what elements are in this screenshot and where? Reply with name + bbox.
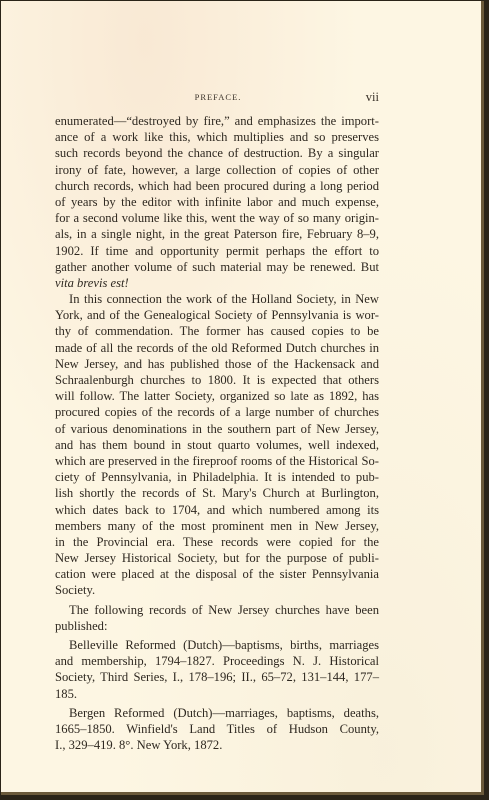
text-line: which are preserved in the fireproof roo…	[55, 453, 379, 469]
text-line: published:	[55, 618, 379, 634]
text-line: members many of the most prominent men i…	[55, 518, 379, 534]
running-head: PREFACE. vii	[57, 90, 379, 104]
text-line: and has them bound in stout quarto volum…	[55, 437, 379, 453]
text-line: ance of a work like this, which multipli…	[55, 129, 379, 145]
text-line: 185.	[55, 686, 379, 702]
text-line: and membership, 1794–1827. Proceedings N…	[55, 653, 379, 669]
text-line: York, and of the Genealogical Society of…	[55, 307, 379, 323]
text-line: such records beyond the chance of destru…	[55, 145, 379, 161]
text-line: 1902. If time and opportunity permit per…	[55, 243, 379, 259]
text-line: in the Provincial era. These records wer…	[55, 534, 379, 550]
text-line: Society, Third Series, I., 178–196; II.,…	[55, 669, 379, 685]
text-line: Schraalenburgh churches to 1800. It is e…	[55, 372, 379, 388]
body-text: enumerated—“destroyed by fire,” and emph…	[55, 113, 379, 753]
paragraph-holland-society: In this connection the work of the Holla…	[55, 291, 379, 599]
entry-belleville-reformed: Belleville Reformed (Dutch)—baptisms, bi…	[55, 637, 379, 702]
text-line: I., 329–419. 8°. New York, 1872.	[55, 737, 379, 753]
text-line: Belleville Reformed (Dutch)—baptisms, bi…	[55, 637, 379, 653]
text-line: enumerated—“destroyed by fire,” and emph…	[55, 113, 379, 129]
running-head-title: PREFACE.	[57, 92, 379, 102]
text-line: of various denominations in the southern…	[55, 421, 379, 437]
text-line: als, in a single night, in the great Pat…	[55, 226, 379, 242]
text-line: procured copies of the records of a larg…	[55, 404, 379, 420]
text-line: Bergen Reformed (Dutch)—marriages, bapti…	[55, 705, 379, 721]
text-line: The following records of New Jersey chur…	[55, 602, 379, 618]
text-line: New Jersey Historical Society, but for t…	[55, 550, 379, 566]
text-line: thy of commendation. The former has caus…	[55, 323, 379, 339]
page-number: vii	[366, 90, 379, 105]
text-line: which dates back to 1704, and which numb…	[55, 502, 379, 518]
paragraph-following-records: The following records of New Jersey chur…	[55, 602, 379, 634]
text-line: lish shortly the records of St. Mary's C…	[55, 485, 379, 501]
text-line: gather another volume of such material m…	[55, 259, 379, 275]
text-line: 1665–1850. Winfield's Land Titles of Hud…	[55, 721, 379, 737]
paragraph-continued: enumerated—“destroyed by fire,” and emph…	[55, 113, 379, 291]
text-line: cation were placed at the disposal of th…	[55, 566, 379, 582]
entry-bergen-reformed: Bergen Reformed (Dutch)—marriages, bapti…	[55, 705, 379, 754]
text-line: In this connection the work of the Holla…	[55, 291, 379, 307]
text-line: ciety of Pennsylvania, in Philadelphia. …	[55, 469, 379, 485]
text-line: for a second volume like this, went the …	[55, 210, 379, 226]
text-line: of years by the editor with infinite lab…	[55, 194, 379, 210]
text-line: made of all the records of the old Refor…	[55, 340, 379, 356]
book-page: PREFACE. vii enumerated—“destroyed by fi…	[1, 1, 484, 795]
text-line: will follow. The latter Society, organiz…	[55, 388, 379, 404]
text-line: Society.	[55, 582, 379, 598]
latin-phrase: vita brevis est!	[55, 275, 379, 291]
text-line: New Jersey, and has published those of t…	[55, 356, 379, 372]
text-line: church records, which had been procured …	[55, 178, 379, 194]
text-line: irony of fate, however, a large collecti…	[55, 162, 379, 178]
